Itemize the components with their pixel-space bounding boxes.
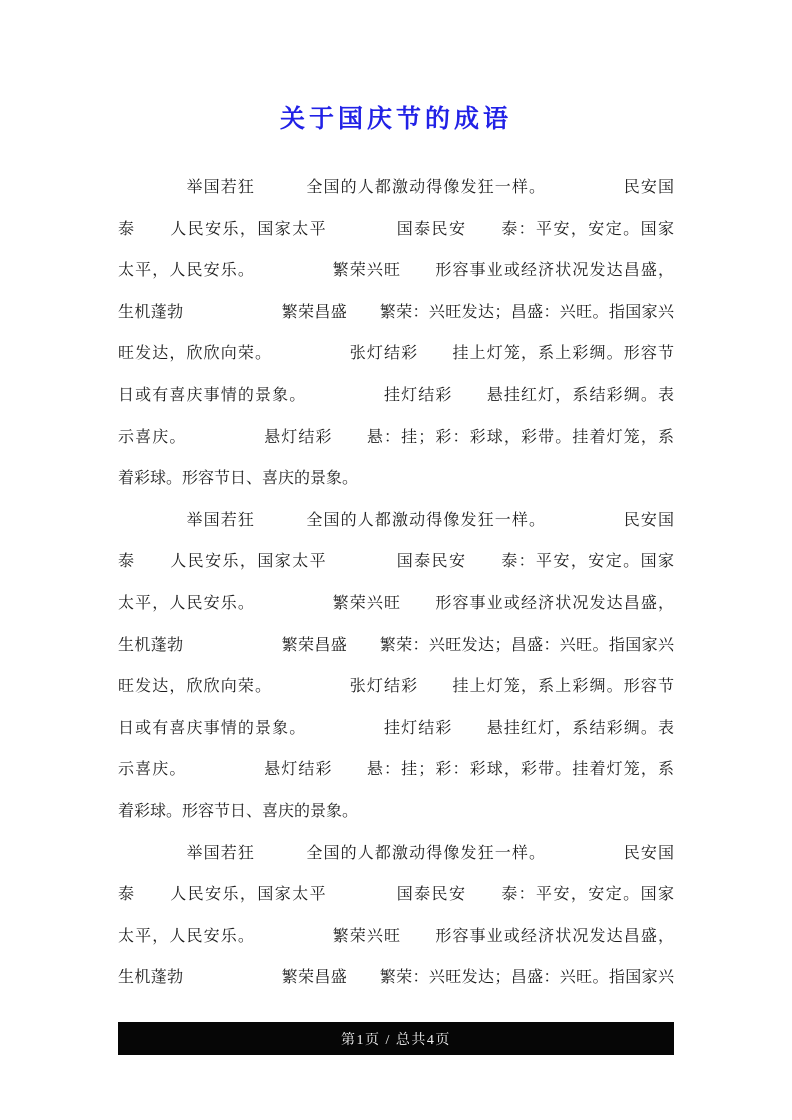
page-title: 关于国庆节的成语 <box>0 99 792 135</box>
text-line: 示喜庆。 悬灯结彩 悬：挂；彩：彩球，彩带。挂着灯笼，系 <box>118 749 674 791</box>
text-line: 着彩球。形容节日、喜庆的景象。 <box>118 791 674 833</box>
document-body: 举国若狂 全国的人都激动得像发狂一样。 民安国 泰 人民安乐，国家太平 国泰民安… <box>118 167 674 999</box>
page-indicator: 第1页 / 总共4页 <box>341 1029 451 1049</box>
text-line: 生机蓬勃 繁荣昌盛 繁荣：兴旺发达；昌盛：兴旺。指国家兴 <box>118 957 674 999</box>
text-line: 泰 人民安乐，国家太平 国泰民安 泰：平安，安定。国家 <box>118 541 674 583</box>
text-line: 旺发达，欣欣向荣。 张灯结彩 挂上灯笼，系上彩绸。形容节 <box>118 333 674 375</box>
text-line: 生机蓬勃 繁荣昌盛 繁荣：兴旺发达；昌盛：兴旺。指国家兴 <box>118 625 674 667</box>
text-line: 着彩球。形容节日、喜庆的景象。 <box>118 458 674 500</box>
text-line: 举国若狂 全国的人都激动得像发狂一样。 民安国 <box>118 167 674 209</box>
text-line: 举国若狂 全国的人都激动得像发狂一样。 民安国 <box>118 500 674 542</box>
page-footer-bar: 第1页 / 总共4页 <box>118 1022 674 1055</box>
document-page: 关于国庆节的成语 举国若狂 全国的人都激动得像发狂一样。 民安国 泰 人民安乐，… <box>0 0 792 1120</box>
text-line: 示喜庆。 悬灯结彩 悬：挂；彩：彩球，彩带。挂着灯笼，系 <box>118 417 674 459</box>
text-line: 泰 人民安乐，国家太平 国泰民安 泰：平安，安定。国家 <box>118 874 674 916</box>
text-line: 生机蓬勃 繁荣昌盛 繁荣：兴旺发达；昌盛：兴旺。指国家兴 <box>118 292 674 334</box>
text-line: 旺发达，欣欣向荣。 张灯结彩 挂上灯笼，系上彩绸。形容节 <box>118 666 674 708</box>
text-line: 日或有喜庆事情的景象。 挂灯结彩 悬挂红灯，系结彩绸。表 <box>118 375 674 417</box>
text-line: 太平，人民安乐。 繁荣兴旺 形容事业或经济状况发达昌盛， <box>118 916 674 958</box>
text-line: 太平，人民安乐。 繁荣兴旺 形容事业或经济状况发达昌盛， <box>118 583 674 625</box>
text-line: 举国若狂 全国的人都激动得像发狂一样。 民安国 <box>118 833 674 875</box>
text-line: 泰 人民安乐，国家太平 国泰民安 泰：平安，安定。国家 <box>118 209 674 251</box>
text-line: 太平，人民安乐。 繁荣兴旺 形容事业或经济状况发达昌盛， <box>118 250 674 292</box>
text-line: 日或有喜庆事情的景象。 挂灯结彩 悬挂红灯，系结彩绸。表 <box>118 708 674 750</box>
